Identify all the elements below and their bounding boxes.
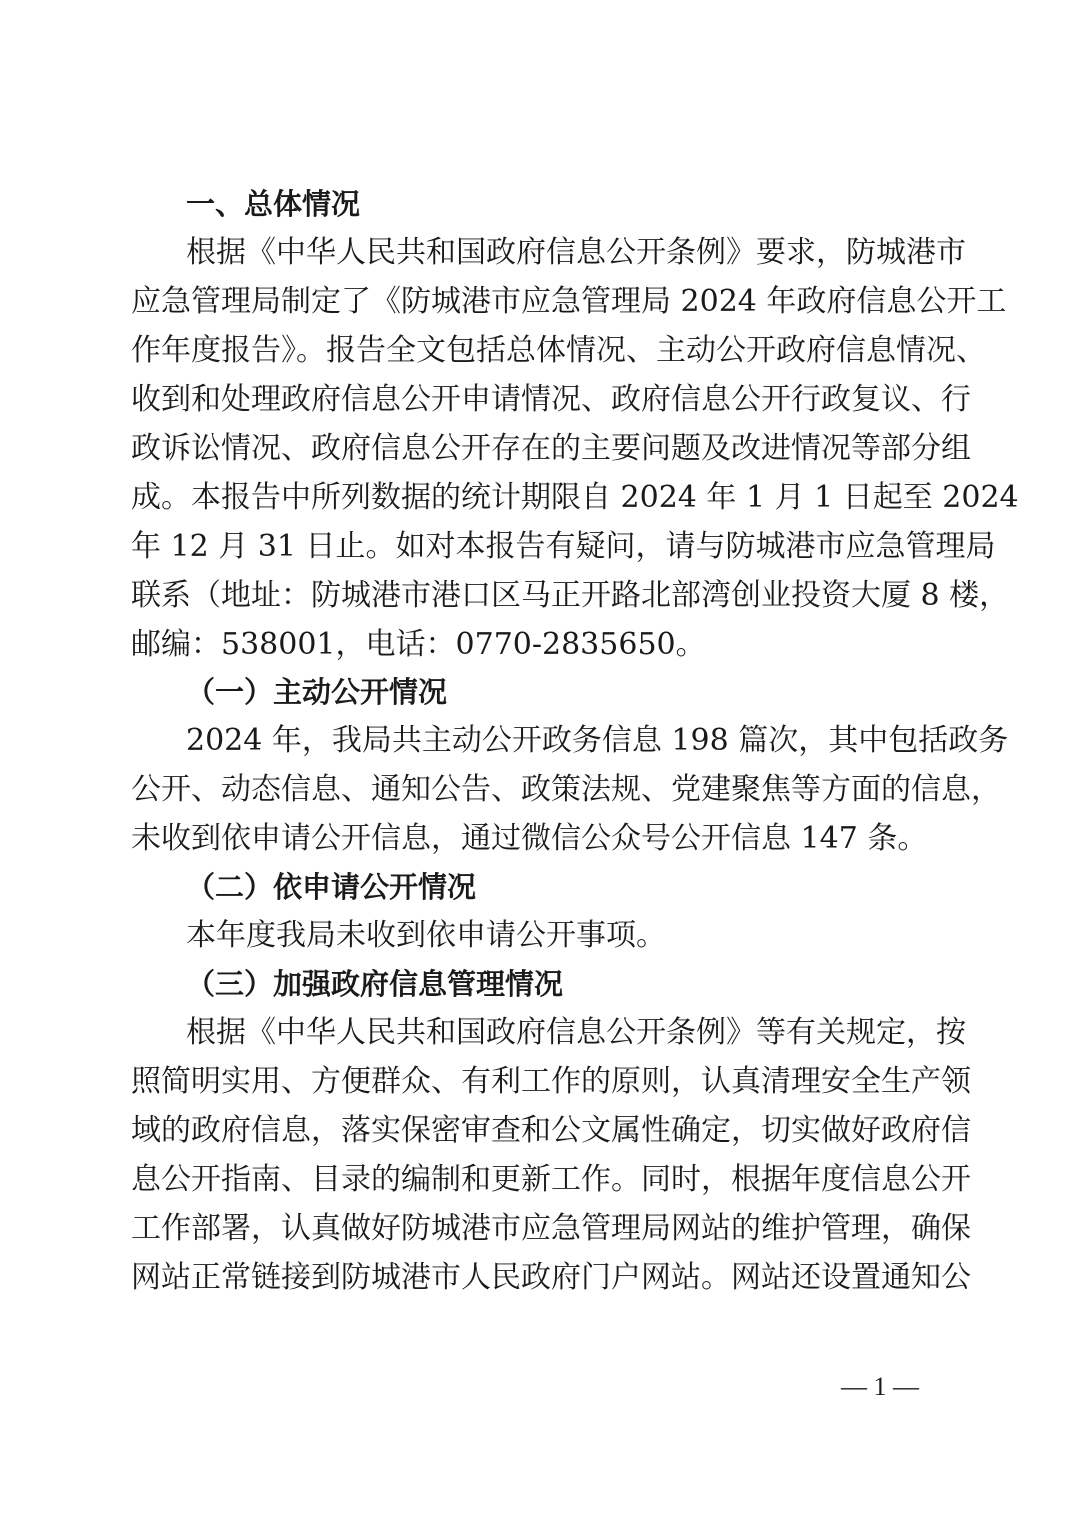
paragraph-line: 收到和处理政府信息公开申请情况、政府信息公开行政复议、行 [131,378,943,422]
paragraph-line: 邮编：538001，电话：0770-2835650。 [131,623,706,667]
paragraph-line: 作年度报告》。报告全文包括总体情况、主动公开政府信息情况、 [131,329,943,373]
paragraph-line: 2024 年，我局共主动公开政务信息 198 篇次，其中包括政务 [186,719,943,763]
paragraph-line: 照简明实用、方便群众、有利工作的原则，认真清理安全生产领 [131,1060,943,1104]
paragraph-line: 未收到依申请公开信息，通过微信公众号公开信息 147 条。 [131,817,927,861]
paragraph-line: 联系（地址：防城港市港口区马正开路北部湾创业投资大厦 8 楼， [131,574,943,618]
paragraph-line: 网站正常链接到防城港市人民政府门户网站。网站还设置通知公 [131,1256,943,1300]
paragraph-line: 应急管理局制定了《防城港市应急管理局 2024 年政府信息公开工 [131,280,943,324]
paragraph-line: 域的政府信息，落实保密审查和公文属性确定，切实做好政府信 [131,1109,943,1153]
subsection-title-2: （二）依申请公开情况 [186,865,476,909]
paragraph-line: 政诉讼情况、政府信息公开存在的主要问题及改进情况等部分组 [131,427,943,471]
paragraph-line: 成。本报告中所列数据的统计期限自 2024 年 1 月 1 日起至 2024 [131,476,943,520]
page-number: — 1 — [830,1372,930,1402]
subsection-title-3: （三）加强政府信息管理情况 [186,962,563,1006]
paragraph-line: 根据《中华人民共和国政府信息公开条例》等有关规定，按 [186,1011,943,1055]
paragraph-line: 根据《中华人民共和国政府信息公开条例》要求，防城港市 [186,231,943,275]
paragraph-line: 息公开指南、目录的编制和更新工作。同时，根据年度信息公开 [131,1158,943,1202]
subsection-title-1: （一）主动公开情况 [186,670,447,714]
paragraph-line: 本年度我局未收到依申请公开事项。 [186,914,666,958]
paragraph-line: 年 12 月 31 日止。如对本报告有疑问，请与防城港市应急管理局 [131,525,943,569]
paragraph-line: 公开、动态信息、通知公告、政策法规、党建聚焦等方面的信息， [131,768,943,812]
section-title: 一、总体情况 [186,182,360,226]
document-page: 一、总体情况 根据《中华人民共和国政府信息公开条例》要求，防城港市 应急管理局制… [0,0,1074,1520]
paragraph-line: 工作部署，认真做好防城港市应急管理局网站的维护管理，确保 [131,1207,943,1251]
